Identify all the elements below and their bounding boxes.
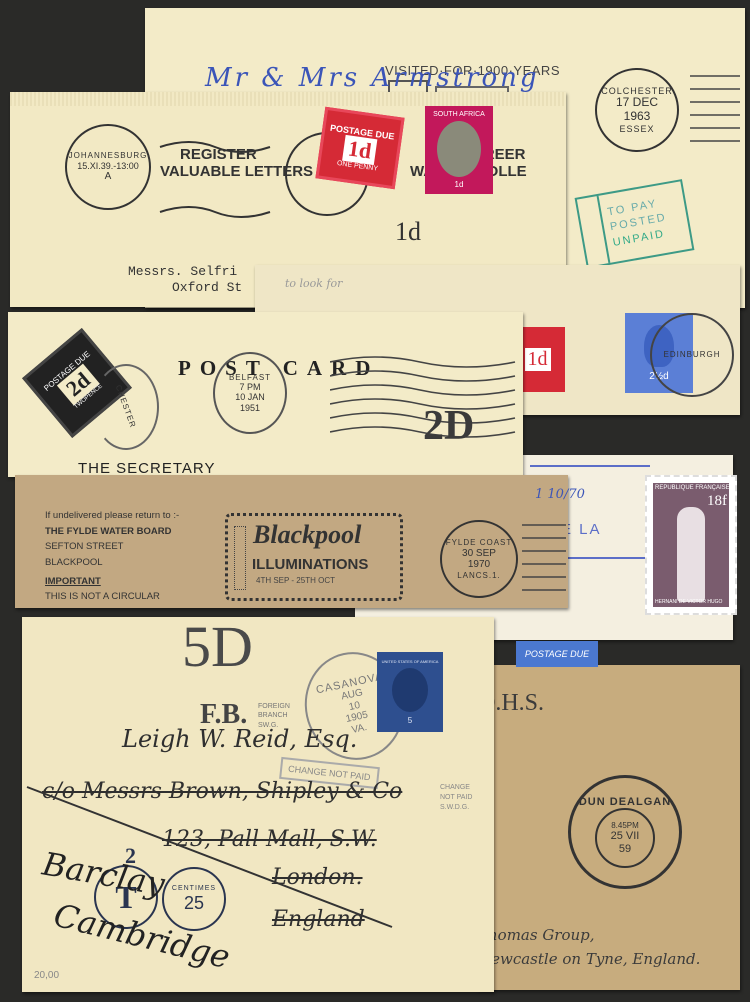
colchester-postmark: COLCHESTER 17 DEC 1963 ESSEX (595, 68, 679, 152)
handstamp-2d: 2D (423, 402, 474, 450)
due-5d-handstamp: 5D (182, 613, 253, 680)
chester-postmark-fragment: CHESTER (93, 364, 159, 450)
manuscript-1d: 1d (395, 217, 421, 247)
edinburgh-postmark: EDINBURGH (650, 313, 734, 397)
fylde-cancel-lines (520, 520, 568, 600)
lincoln-portrait-icon (392, 668, 428, 712)
cover-fylde: If undelivered please return to :- THE F… (15, 475, 568, 608)
colchester-addressee: Mr & Mrs Armstrong (205, 63, 540, 93)
selfridge-address: Messrs. Selfri Oxford St (128, 264, 242, 295)
france-18f-hernani-stamp: REPUBLIQUE FRANÇAISE 18f HERNANI DE VICT… (645, 475, 737, 615)
colchester-cancel-lines (685, 68, 745, 148)
south-africa-1d-stamp: SOUTH AFRICA 1d (425, 106, 493, 194)
postal-covers-photo: { "covers": { "colchester": { "slogan": … (0, 0, 750, 1002)
blackpool-illuminations-slogan: Blackpool ILLUMINATIONS 4TH SEP - 25TH O… (225, 513, 403, 601)
change-not-paid-note: CHANGE NOT PAID S.W.D.G. (440, 783, 472, 813)
blue-postage-due-stamp: POSTAGE DUE (516, 641, 598, 667)
fylde-pencil-note: 1 10/70 (535, 487, 585, 502)
postage-due-1d-stamp: POSTAGE DUE 1d ONE PENNY (315, 107, 404, 189)
hernani-figure-icon (677, 507, 705, 602)
tower-icon (234, 526, 246, 590)
cover-postcard: POSTAGE DUE 2d TWOPENCE CHESTER POST CAR… (8, 312, 523, 477)
centimes-25-mark: CENTIMES 25 (162, 867, 226, 931)
us-5-cent-lincoln-stamp: UNITED STATES OF AMERICA 5 (377, 652, 443, 732)
belfast-postmark: BELFAST 7 PM 10 JAN 1951 (213, 352, 287, 434)
fylde-coast-postmark: FYLDE COAST 30 SEP 1970 LANCS.1. (440, 520, 518, 598)
address-line-1: Leigh W. Reid, Esq. (122, 725, 357, 753)
return-address-block: If undelivered please return to :- THE F… (45, 508, 179, 605)
dun-dealgan-address: Thomas Group, Newcastle on Tyne, England… (478, 923, 700, 971)
textured-border (10, 92, 566, 106)
cover-dun-dealgan: POSTAGE DUE O.H.S. DUN DEALGAN 8.45PM 25… (478, 665, 740, 990)
johannesburg-postmark: JOHANNESBURG 15.XI.39.-13:00 A (65, 124, 151, 210)
cover-casanova: 5D F.B. FOREIGN BRANCH SW.G. CASANOVA AU… (22, 617, 494, 992)
dun-dealgan-postmark: DUN DEALGAN 8.45PM 25 VII 59 (568, 775, 682, 889)
to-pay-boxed-mark: TO PAY POSTED UNPAID (575, 179, 695, 269)
price-label: 20,00 (34, 970, 59, 981)
ship-icon (437, 121, 481, 177)
pencil-note: to look for (285, 277, 342, 290)
